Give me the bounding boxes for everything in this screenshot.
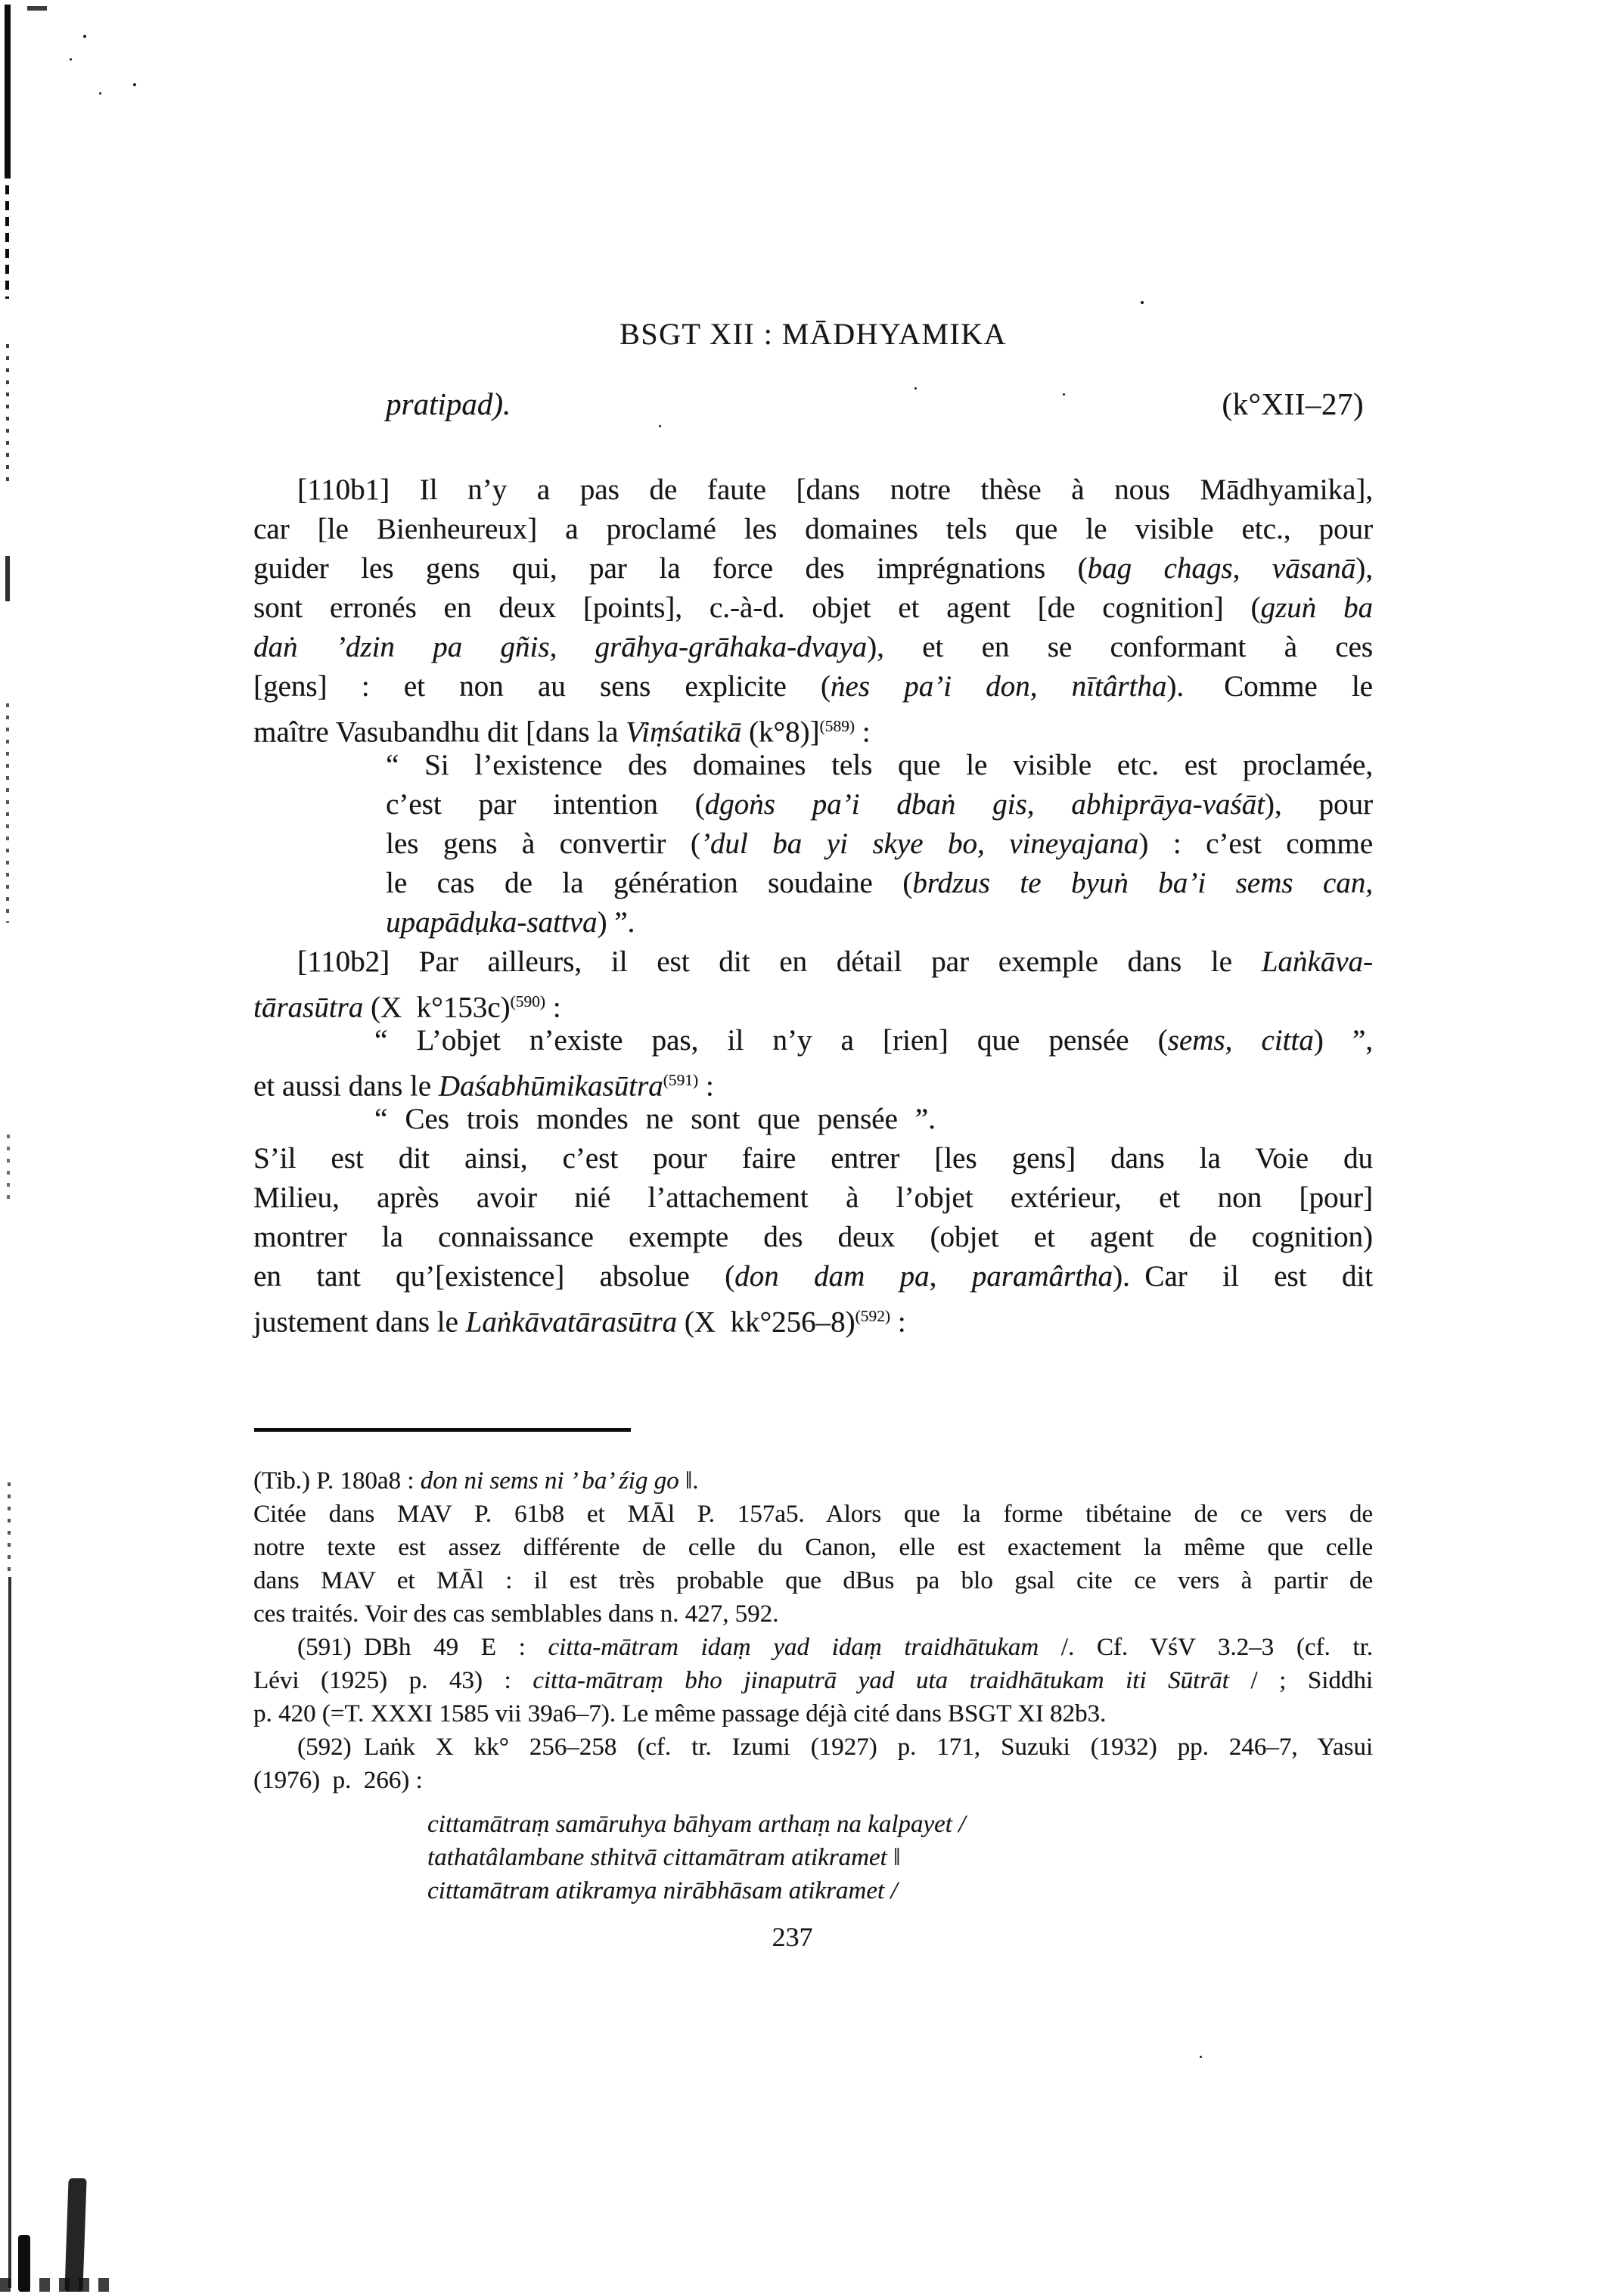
body-line: daṅ ’dzin pa gñis, grāhya-grāhaka-dvaya)…: [253, 628, 1373, 667]
binding-line: [8, 1577, 11, 2288]
scan-smudge: [0, 2278, 113, 2292]
binding-line: [5, 556, 10, 601]
body-line: c’est par intention (dgoṅs pa’i dbaṅ gis…: [253, 785, 1373, 824]
binding-line: [6, 703, 9, 923]
text-run: Lévi (1925) p. 43) :: [253, 1667, 533, 1694]
text-run: ). Comme le: [1166, 670, 1373, 703]
footnote-line: (591) DBh 49 E : citta-mātram idaṃ yad i…: [253, 1631, 1373, 1664]
text-run: Laṅkāva-: [1262, 945, 1373, 978]
text-run: :: [890, 1305, 906, 1338]
scan-speck: [1141, 301, 1144, 304]
text-run: (591) DBh 49 E :: [297, 1634, 548, 1661]
text-run: Viṃśatikā: [626, 716, 741, 748]
footnote-line: dans MAV et MĀl : il est très probable q…: [253, 1564, 1373, 1597]
text-run: en tant qu’[existence] absolue (: [253, 1260, 734, 1293]
text-run: sems, citta: [1168, 1024, 1314, 1057]
footnote-line: cittamātram atikramya nirābhāsam atikram…: [253, 1874, 1373, 1908]
body-line: S’il est dit ainsi, c’est pour faire ent…: [253, 1139, 1373, 1178]
verse-reference: (k°XII–27): [1222, 386, 1364, 422]
footnote-line: Citée dans MAV P. 61b8 et MĀl P. 157a5. …: [253, 1498, 1373, 1531]
footnote-line: (1976) p. 266) :: [253, 1764, 1373, 1797]
text-run: car [le Bienheureux] a proclamé les doma…: [253, 513, 1373, 545]
text-run: dans MAV et MĀl : il est très probable q…: [253, 1567, 1373, 1594]
text-run: les gens à convertir (: [386, 827, 700, 860]
text-run: :: [698, 1069, 714, 1102]
body-text: [110b1] Il n’y a pas de faute [dans notr…: [253, 470, 1373, 1336]
body-line: maître Vasubandhu dit [dans la Viṃśatikā…: [253, 706, 1373, 746]
body-line: “ Ces trois mondes ne sont que pensée ”.: [253, 1100, 1373, 1139]
body-line: justement dans le Laṅkāvatārasūtra (X kk…: [253, 1296, 1373, 1336]
text-run: upapāduka-sattva: [386, 906, 597, 939]
body-line: [110b1] Il n’y a pas de faute [dans notr…: [253, 470, 1373, 510]
scan-speck: [1063, 393, 1065, 396]
text-run: le cas de la génération soudaine (: [386, 867, 912, 899]
text-run: sont erronés en deux [points], c.-à-d. o…: [253, 591, 1260, 624]
footnote-line: ces traités. Voir des cas semblables dan…: [253, 1597, 1373, 1631]
footnote-line: notre texte est assez différente de cell…: [253, 1531, 1373, 1564]
text-run: ), pour: [1265, 788, 1373, 821]
text-run: ) ”,: [1314, 1024, 1373, 1057]
text-run: “ Si l’existence des domaines tels que l…: [386, 749, 1373, 781]
body-line: tārasūtra (X k°153c)(590) :: [253, 982, 1373, 1021]
text-run: et aussi dans le: [253, 1069, 439, 1102]
text-run: ’dul ba yi skye bo, vineyajana: [700, 827, 1138, 860]
text-run: :: [855, 716, 871, 748]
text-run: cittamātram atikramya nirābhāsam atikram…: [427, 1877, 897, 1904]
text-run: (X k°153c): [363, 991, 510, 1023]
scan-speck: [477, 933, 479, 935]
text-run: Citée dans MAV P. 61b8 et MĀl P. 157a5. …: [253, 1501, 1373, 1528]
text-run: justement dans le: [253, 1305, 466, 1338]
text-run: [110b1] Il n’y a pas de faute [dans notr…: [297, 473, 1373, 506]
catchword-pratipad: pratipad).: [386, 386, 511, 422]
text-run: citta-mātraṃ bho jinaputrā yad uta traid…: [533, 1667, 1229, 1694]
body-line: et aussi dans le Daśabhūmikasūtra(591) :: [253, 1060, 1373, 1100]
text-run: (591): [663, 1071, 698, 1089]
text-run: don ni sems ni ’ ba’ źig go ǁ: [421, 1467, 692, 1495]
scan-speck: [99, 92, 101, 95]
text-run: guider les gens qui, par la force des im…: [253, 552, 1088, 585]
scan-speck: [914, 387, 917, 390]
footnote-line: cittamātraṃ samāruhya bāhyam arthaṃ na k…: [253, 1808, 1373, 1841]
page-number: 237: [253, 1921, 1331, 1953]
footnote-line: Lévi (1925) p. 43) : citta-mātraṃ bho ji…: [253, 1664, 1373, 1697]
text-run: (k°8)]: [741, 716, 819, 748]
text-run: [gens] : et non au sens explicite (: [253, 670, 831, 703]
text-run: “ L’objet n’existe pas, il n’y a [rien] …: [374, 1024, 1168, 1057]
text-run: ), et en se conformant à ces: [867, 631, 1373, 663]
body-line: les gens à convertir (’dul ba yi skye bo…: [253, 824, 1373, 864]
scanned-book-page: BSGT XII : MĀDHYAMIKA pratipad). (k°XII–…: [0, 0, 1624, 2294]
text-run: citta-mātram idaṃ yad idaṃ traidhātukam: [548, 1634, 1039, 1661]
text-run: ) : c’est comme: [1138, 827, 1373, 860]
text-run: montrer la connaissance exempte des deux…: [253, 1221, 1373, 1253]
text-run: S’il est dit ainsi, c’est pour faire ent…: [253, 1142, 1373, 1175]
body-line: “ L’objet n’existe pas, il n’y a [rien] …: [253, 1021, 1373, 1060]
body-line: montrer la connaissance exempte des deux…: [253, 1218, 1373, 1257]
body-line: [110b2] Par ailleurs, il est dit en déta…: [253, 942, 1373, 982]
body-line: car [le Bienheureux] a proclamé les doma…: [253, 510, 1373, 549]
footnotes-block: (Tib.) P. 180a8 : don ni sems ni ’ ba’ ź…: [253, 1464, 1373, 1908]
text-run: p. 420 (=T. XXXI 1585 vii 39a6–7). Le mê…: [253, 1700, 1106, 1727]
text-run: bag chags, vāsanā: [1088, 552, 1356, 585]
text-run: ). Car il est dit: [1113, 1260, 1373, 1293]
scan-speck: [133, 83, 136, 86]
text-run: (592) Laṅk X kk° 256–258 (cf. tr. Izumi …: [297, 1734, 1373, 1761]
text-run: :: [545, 991, 561, 1023]
text-run: / ; Siddhi: [1229, 1667, 1373, 1694]
text-run: (589): [820, 717, 855, 735]
text-run: maître Vasubandhu dit [dans la: [253, 716, 626, 748]
text-run: ),: [1355, 552, 1373, 585]
text-run: don dam pa, paramârtha: [734, 1260, 1113, 1293]
body-line: [gens] : et non au sens explicite (ṅes p…: [253, 667, 1373, 706]
text-run: cittamātraṃ samāruhya bāhyam arthaṃ na k…: [427, 1811, 965, 1838]
footnote-line: (Tib.) P. 180a8 : don ni sems ni ’ ba’ ź…: [253, 1464, 1373, 1498]
text-run: c’est par intention (: [386, 788, 705, 821]
footnote-line: (592) Laṅk X kk° 256–258 (cf. tr. Izumi …: [253, 1731, 1373, 1764]
text-run: ṅes pa’i don, nītârtha: [831, 670, 1166, 703]
binding-line: [5, 5, 11, 178]
text-run: tathatâlambane sthitvā cittamātram atikr…: [427, 1844, 900, 1871]
scan-speck: [70, 58, 72, 61]
text-run: ) ”.: [597, 906, 635, 939]
text-run: (590): [511, 992, 545, 1010]
footnote-separator: [254, 1428, 631, 1432]
text-run: ces traités. Voir des cas semblables dan…: [253, 1600, 778, 1628]
subheader-row: pratipad). (k°XII–27): [253, 386, 1373, 422]
scan-artifact: [27, 6, 47, 11]
binding-line: [5, 185, 9, 299]
footnote-line: tathatâlambane sthitvā cittamātram atikr…: [253, 1841, 1373, 1874]
text-run: Daśabhūmikasūtra: [439, 1069, 663, 1102]
text-run: .: [692, 1467, 698, 1495]
body-line: upapāduka-sattva) ”.: [253, 903, 1373, 942]
body-line: sont erronés en deux [points], c.-à-d. o…: [253, 588, 1373, 628]
text-run: daṅ ’dzin pa gñis, grāhya-grāhaka-dvaya: [253, 631, 867, 663]
text-run: (592): [855, 1307, 890, 1325]
text-run: dgoṅs pa’i dbaṅ gis, abhiprāya-vaśāt: [705, 788, 1265, 821]
text-run: brdzus te byuṅ ba’i sems can,: [912, 867, 1373, 899]
text-run: tārasūtra: [253, 991, 363, 1023]
text-run: gzuṅ ba: [1260, 591, 1373, 624]
body-line: Milieu, après avoir nié l’attachement à …: [253, 1178, 1373, 1218]
body-line: “ Si l’existence des domaines tels que l…: [253, 746, 1373, 785]
body-line: le cas de la génération soudaine (brdzus…: [253, 864, 1373, 903]
scan-blotch: [64, 2178, 86, 2292]
text-run: [110b2] Par ailleurs, il est dit en déta…: [297, 945, 1262, 978]
binding-line: [6, 344, 9, 488]
footnote-line: p. 420 (=T. XXXI 1585 vii 39a6–7). Le mê…: [253, 1697, 1373, 1731]
running-head: BSGT XII : MĀDHYAMIKA: [253, 316, 1373, 352]
text-run: (Tib.) P. 180a8 :: [253, 1467, 421, 1495]
text-run: Laṅkāvatārasūtra: [466, 1305, 678, 1338]
body-line: en tant qu’[existence] absolue (don dam …: [253, 1257, 1373, 1296]
text-run: Milieu, après avoir nié l’attachement à …: [253, 1181, 1373, 1214]
text-run: notre texte est assez différente de cell…: [253, 1534, 1373, 1561]
scan-speck: [1200, 2056, 1202, 2058]
text-run: “ Ces trois mondes ne sont que pensée ”.: [374, 1103, 936, 1135]
text-run: /. Cf. VśV 3.2–3 (cf. tr.: [1039, 1634, 1373, 1661]
binding-line: [8, 1482, 11, 1573]
binding-line: [7, 1135, 10, 1203]
scan-speck: [83, 35, 86, 38]
text-run: (1976) p. 266) :: [253, 1767, 423, 1794]
text-run: (X kk°256–8): [677, 1305, 855, 1338]
scan-speck: [659, 425, 661, 427]
body-line: guider les gens qui, par la force des im…: [253, 549, 1373, 588]
